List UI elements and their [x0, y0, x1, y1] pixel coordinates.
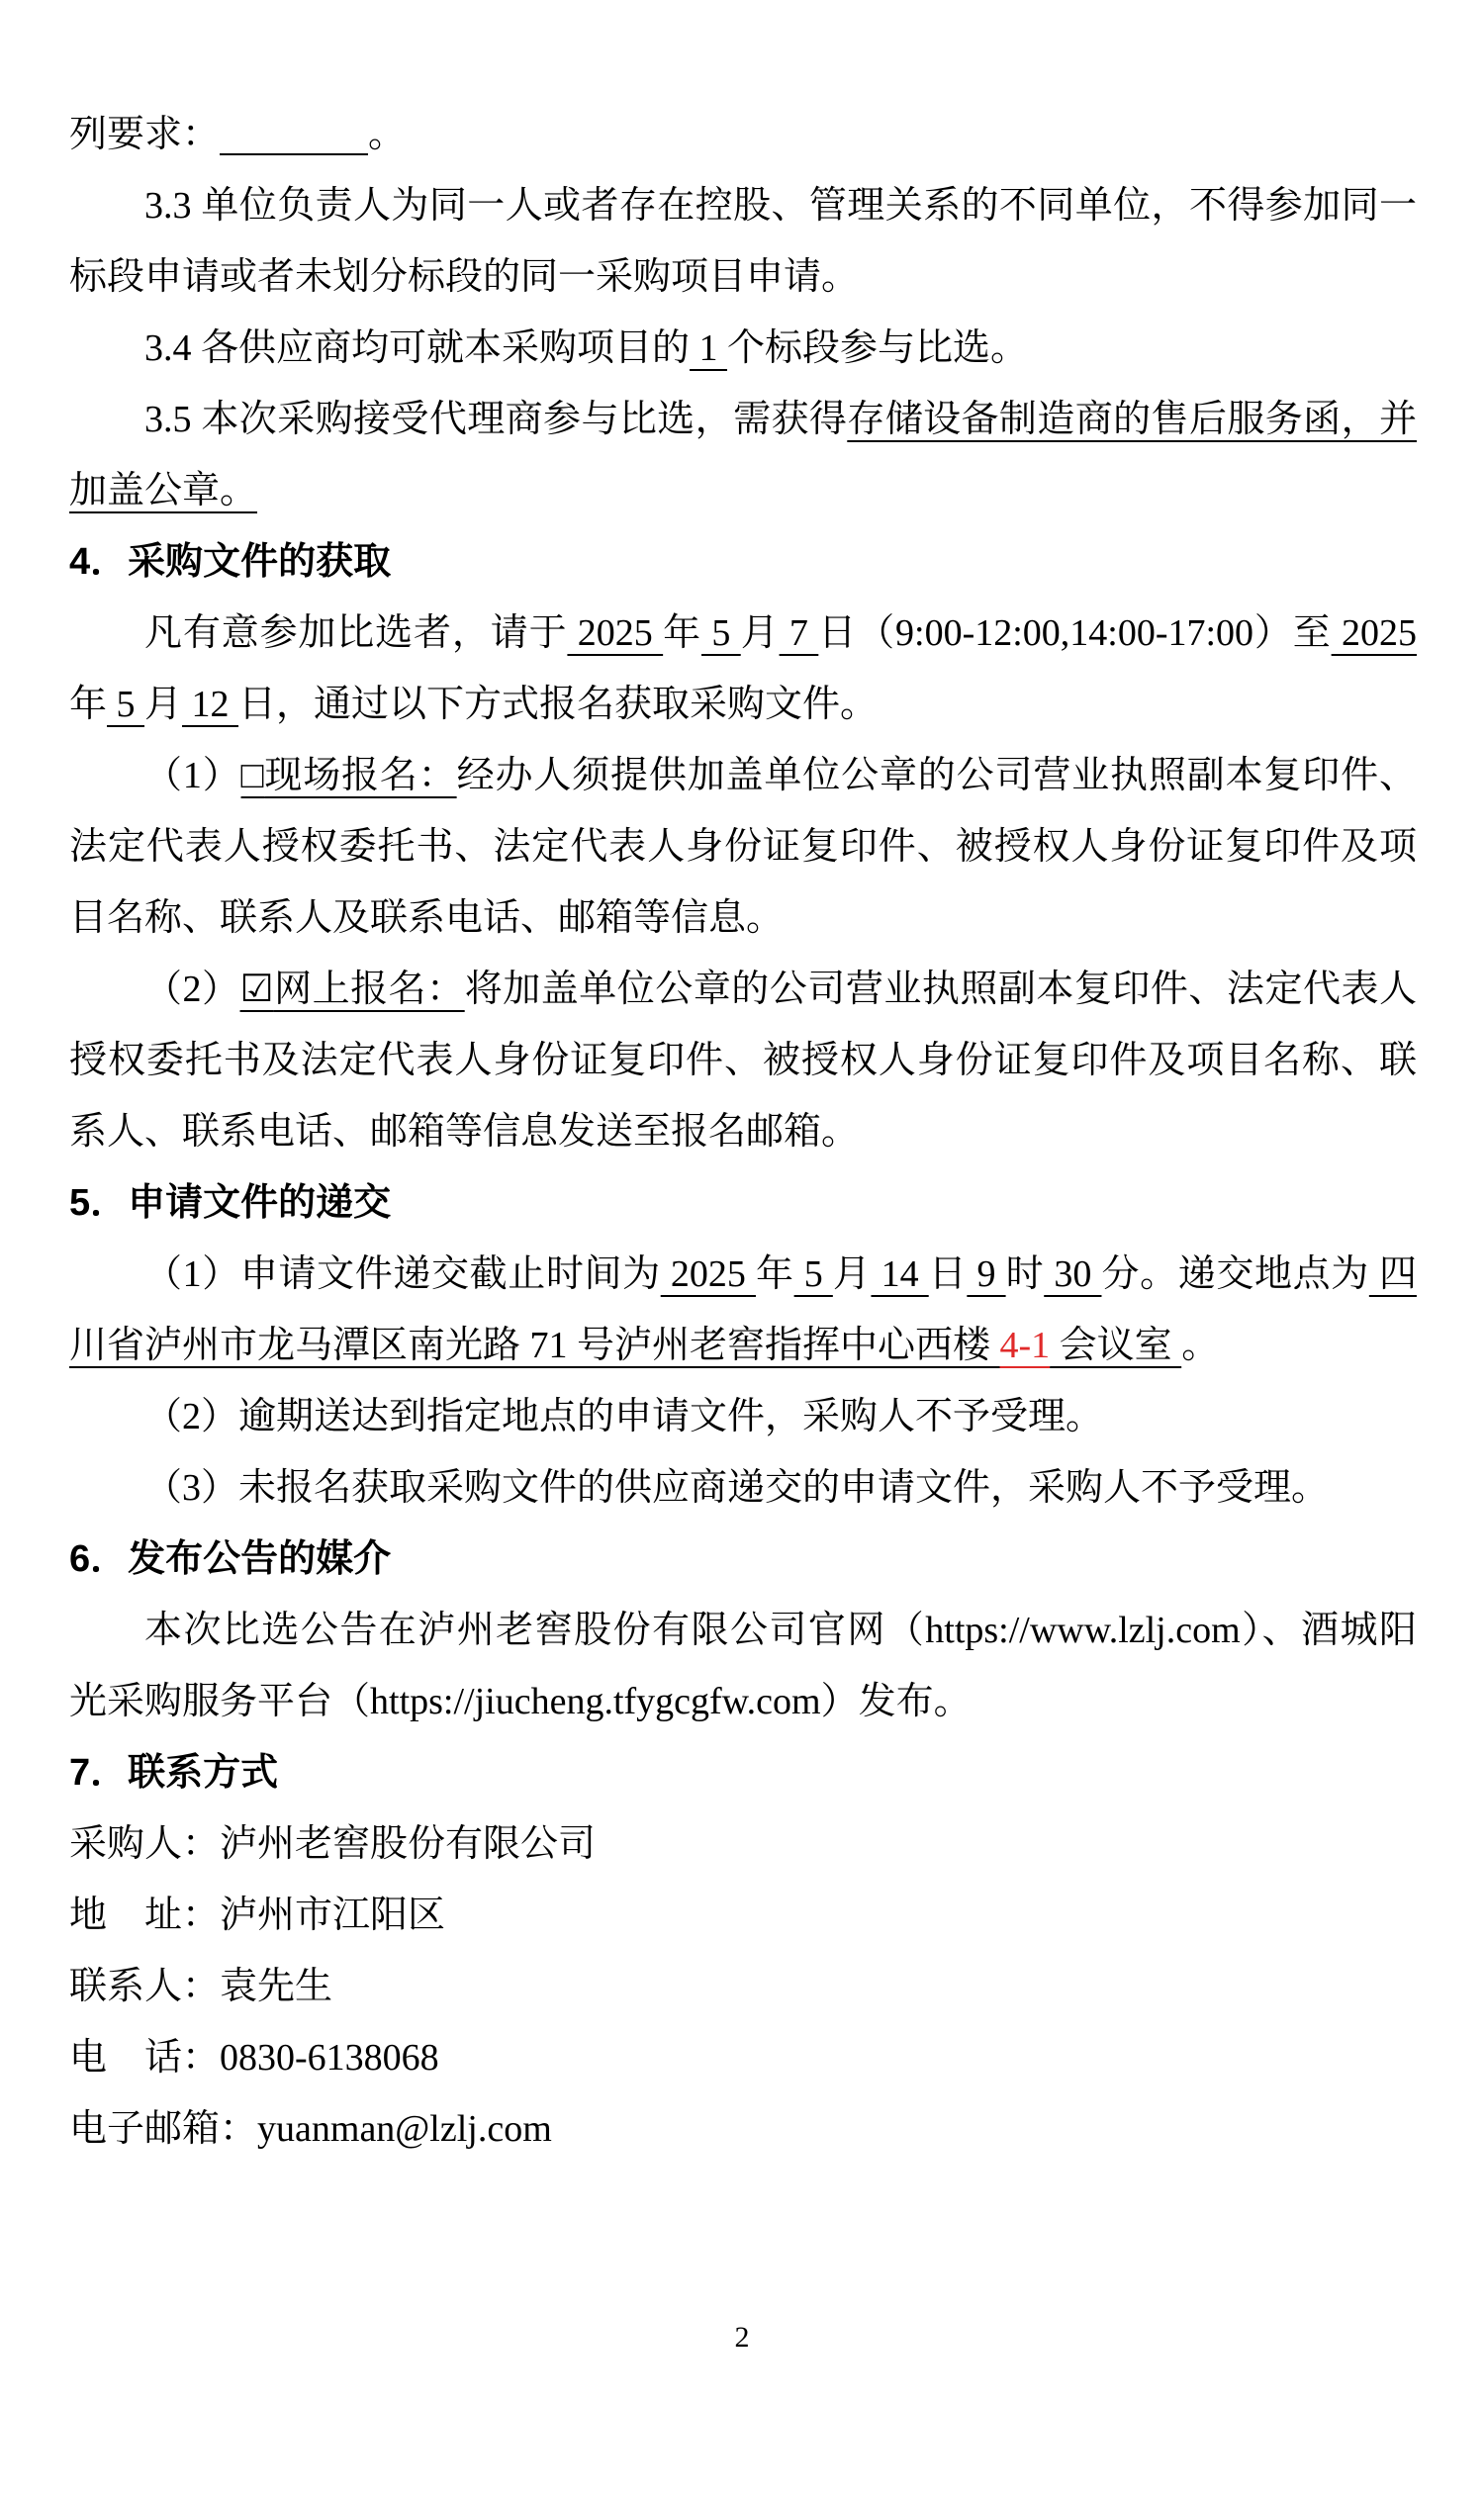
deadline-month-underlined: 5: [794, 1253, 833, 1295]
text-run: ）发布。: [821, 1681, 972, 1722]
submission-deadline-item: （1）申请文件递交截止时间为 2025 年 5 月 14 日 9 时 30 分。…: [69, 1239, 1417, 1381]
contact-person-line: 联系人：袁先生: [69, 1951, 1417, 2022]
email-address: yuanman@lzlj.com: [257, 2108, 552, 2150]
meeting-room-label-underlined: 会议室: [1050, 1325, 1181, 1366]
deadline-day-underlined: 14: [871, 1253, 928, 1295]
text-run: 分。递交地点为: [1101, 1253, 1368, 1295]
deadline-minute-underlined: 30: [1044, 1253, 1101, 1295]
late-submission-item: （2）逾期送达到指定地点的申请文件，采购人不予受理。: [69, 1381, 1417, 1452]
end-year-underlined: 2025: [1332, 612, 1417, 654]
deadline-hour-underlined: 9: [967, 1253, 1005, 1295]
deadline-year-underlined: 2025: [661, 1253, 756, 1295]
text-run: 年: [69, 684, 107, 725]
procurement-platform-url: https://jiucheng.tfygcgfw.com: [370, 1681, 821, 1722]
intro-prefix: 列要求：: [69, 114, 220, 155]
section-5-heading: 5．申请文件的递交: [69, 1167, 1417, 1239]
text-run: 年: [756, 1253, 794, 1295]
item-number: （2）: [144, 969, 240, 1010]
contact-person-name: 袁先生: [220, 1966, 332, 2007]
text-run: 年: [663, 612, 701, 654]
section-7-heading: 7．联系方式: [69, 1737, 1417, 1808]
clause-3-4-text: 3.4 各供应商均可就本采购项目的: [144, 327, 690, 369]
announcement-media-paragraph: 本次比选公告在泸州老窖股份有限公司官网（https://www.lzlj.com…: [69, 1595, 1417, 1737]
text-run: 。: [1181, 1325, 1219, 1366]
contact-label: 联系人：: [69, 1966, 220, 2007]
intro-suffix: 。: [368, 114, 406, 155]
contact-purchaser-line: 采购人：泸州老窖股份有限公司: [69, 1808, 1417, 1880]
clause-3-4-tail: 个标段参与比选。: [727, 327, 1028, 369]
text-run: 日，通过以下方式报名获取采购文件。: [238, 684, 878, 725]
online-registration-item: （2）☑网上报名：将加盖单位公章的公司营业执照副本复印件、法定代表人授权委托书及…: [69, 954, 1417, 1167]
contact-label: 地 址：: [69, 1895, 220, 1936]
onsite-registration-item: （1）□现场报名：经办人须提供加盖单位公章的公司营业执照副本复印件、法定代表人授…: [69, 740, 1417, 954]
document-page: 列要求：。 3.3 单位负责人为同一人或者存在控股、管理关系的不同单位，不得参加…: [0, 0, 1484, 2498]
purchaser-name: 泸州老窖股份有限公司: [220, 1823, 596, 1865]
end-month-underlined: 5: [107, 684, 144, 725]
clause-3-4: 3.4 各供应商均可就本采购项目的 1 个标段参与比选。: [69, 313, 1417, 384]
contact-email-line: 电子邮箱：yuanman@lzlj.com: [69, 2093, 1417, 2165]
end-day-underlined: 12: [182, 684, 238, 725]
start-month-underlined: 5: [701, 612, 741, 654]
text-run: （1）申请文件递交截止时间为: [144, 1253, 661, 1295]
clause-3-5: 3.5 本次采购接受代理商参与比选，需获得存储设备制造商的售后服务函，并加盖公章…: [69, 384, 1417, 526]
contact-label: 电 话：: [69, 2037, 220, 2079]
section-4-heading: 4．采购文件的获取: [69, 526, 1417, 598]
text-run: 月: [833, 1253, 872, 1295]
text-run: 日（9:00-12:00,14:00-17:00）至: [818, 612, 1331, 654]
checkbox-checked-icon: ☑: [240, 969, 274, 1010]
text-run: 时: [1006, 1253, 1045, 1295]
text-run: 日: [929, 1253, 968, 1295]
lot-count-underlined: 1: [690, 327, 727, 369]
start-day-underlined: 7: [780, 612, 819, 654]
contact-label: 采购人：: [69, 1823, 220, 1865]
onsite-registration-label: 现场报名：: [264, 755, 456, 796]
address-value: 泸州市江阳区: [220, 1895, 445, 1936]
online-registration-label: 网上报名：: [274, 969, 465, 1010]
phone-number: 0830-6138068: [220, 2037, 439, 2079]
start-year-underlined: 2025: [567, 612, 663, 654]
clause-3-3: 3.3 单位负责人为同一人或者存在控股、管理关系的不同单位，不得参加同一标段申请…: [69, 170, 1417, 313]
clause-3-5-text: 3.5 本次采购接受代理商参与比选，需获得: [144, 399, 847, 440]
document-body: 列要求：。 3.3 单位负责人为同一人或者存在控股、管理关系的不同单位，不得参加…: [0, 0, 1484, 2165]
company-website-url: https://www.lzlj.com: [925, 1610, 1240, 1651]
section-4-intro: 凡有意参加比选者，请于 2025 年 5 月 7 日（9:00-12:00,14…: [69, 598, 1417, 740]
unregistered-supplier-item: （3）未报名获取采购文件的供应商递交的申请文件，采购人不予受理。: [69, 1452, 1417, 1524]
checkbox-unchecked-icon: □: [241, 755, 265, 796]
text-run: 月: [144, 684, 182, 725]
text-run: 凡有意参加比选者，请于: [144, 612, 567, 654]
section-6-heading: 6．发布公告的媒介: [69, 1524, 1417, 1595]
meeting-room-number-red: 4-1: [1000, 1325, 1051, 1366]
text-run: 月: [741, 612, 780, 654]
contact-label: 电子邮箱：: [69, 2108, 257, 2150]
intro-continuation-line: 列要求：。: [69, 99, 1417, 170]
page-number: 2: [0, 2320, 1484, 2356]
text-run: 本次比选公告在泸州老窖股份有限公司官网（: [144, 1610, 925, 1651]
item-number: （1）: [144, 755, 241, 796]
contact-phone-line: 电 话：0830-6138068: [69, 2022, 1417, 2093]
fill-in-blank-underline: [220, 153, 368, 155]
contact-address-line: 地 址：泸州市江阳区: [69, 1880, 1417, 1951]
